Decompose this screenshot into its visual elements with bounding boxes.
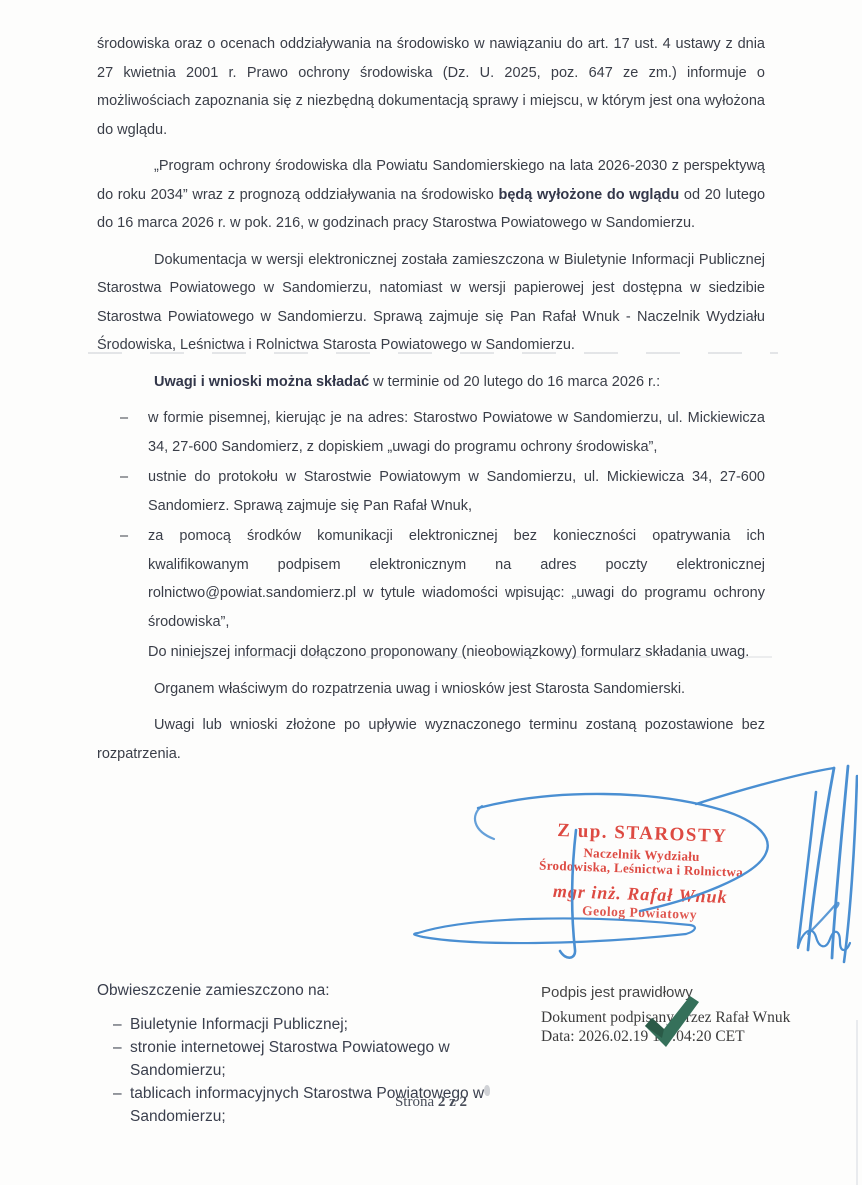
- paragraph-text: Dokumentacja w wersji elektronicznej zos…: [97, 252, 765, 354]
- list-item-text: za pomocą środków komunikacji elektronic…: [148, 528, 765, 630]
- page-number: Strona 2 z 2: [0, 1094, 862, 1111]
- document-body: środowiska oraz o ocenach oddziaływania …: [97, 30, 765, 776]
- paragraph-text: Do niniejszej informacji dołączono propo…: [148, 644, 749, 660]
- dash-marker: –: [120, 463, 128, 492]
- list-item: – ustnie do protokołu w Starostwie Powia…: [97, 463, 765, 520]
- paragraph-program: „Program ochrony środowiska dla Powiatu …: [97, 152, 765, 238]
- submission-methods-list: – w formie pisemnej, kierując je na adre…: [97, 404, 765, 636]
- page-label: Strona: [395, 1094, 438, 1110]
- scanned-document-page: środowiska oraz o ocenach oddziaływania …: [0, 0, 862, 1185]
- paragraph-attachment: Do niniejszej informacji dołączono propo…: [97, 638, 765, 667]
- publication-heading: Obwieszczenie zamieszczono na:: [97, 982, 527, 1000]
- list-item: – w formie pisemnej, kierując je na adre…: [97, 404, 765, 461]
- list-item: – stronie internetowej Starostwa Powiato…: [97, 1036, 527, 1082]
- list-item-text: w formie pisemnej, kierując je na adres:…: [148, 410, 765, 455]
- dash-marker: –: [120, 522, 128, 551]
- paragraph-authority: Organem właściwym do rozpatrzenia uwag i…: [97, 675, 765, 704]
- handwritten-signature-ink: [396, 752, 858, 970]
- bold-text: Uwagi i wnioski można składać: [154, 374, 369, 390]
- list-item-text: stronie internetowej Starostwa Powiatowe…: [130, 1039, 450, 1079]
- list-item: – za pomocą środków komunikacji elektron…: [97, 522, 765, 636]
- dash-marker: –: [120, 404, 128, 433]
- list-item: – Biuletynie Informacji Publicznej;: [97, 1013, 527, 1036]
- paragraph-documentation: Dokumentacja w wersji elektronicznej zos…: [97, 246, 765, 360]
- list-item-text: ustnie do protokołu w Starostwie Powiato…: [148, 469, 765, 514]
- bold-text: będą wyłożone do wglądu: [498, 187, 679, 203]
- paragraph-remarks-deadline: Uwagi i wnioski można składać w terminie…: [97, 368, 765, 397]
- paragraph-text: środowiska oraz o ocenach oddziaływania …: [97, 36, 765, 138]
- list-item-text: Biuletynie Informacji Publicznej;: [130, 1016, 348, 1033]
- paragraph-intro: środowiska oraz o ocenach oddziaływania …: [97, 30, 765, 144]
- valid-signature-check-icon: [641, 995, 701, 1049]
- page-info: 2 z 2: [438, 1094, 467, 1110]
- dash-marker: –: [113, 1013, 122, 1036]
- dash-marker: –: [113, 1036, 122, 1059]
- paragraph-text: w terminie od 20 lutego do 16 marca 2026…: [369, 374, 660, 390]
- paragraph-text: Organem właściwym do rozpatrzenia uwag i…: [154, 681, 685, 697]
